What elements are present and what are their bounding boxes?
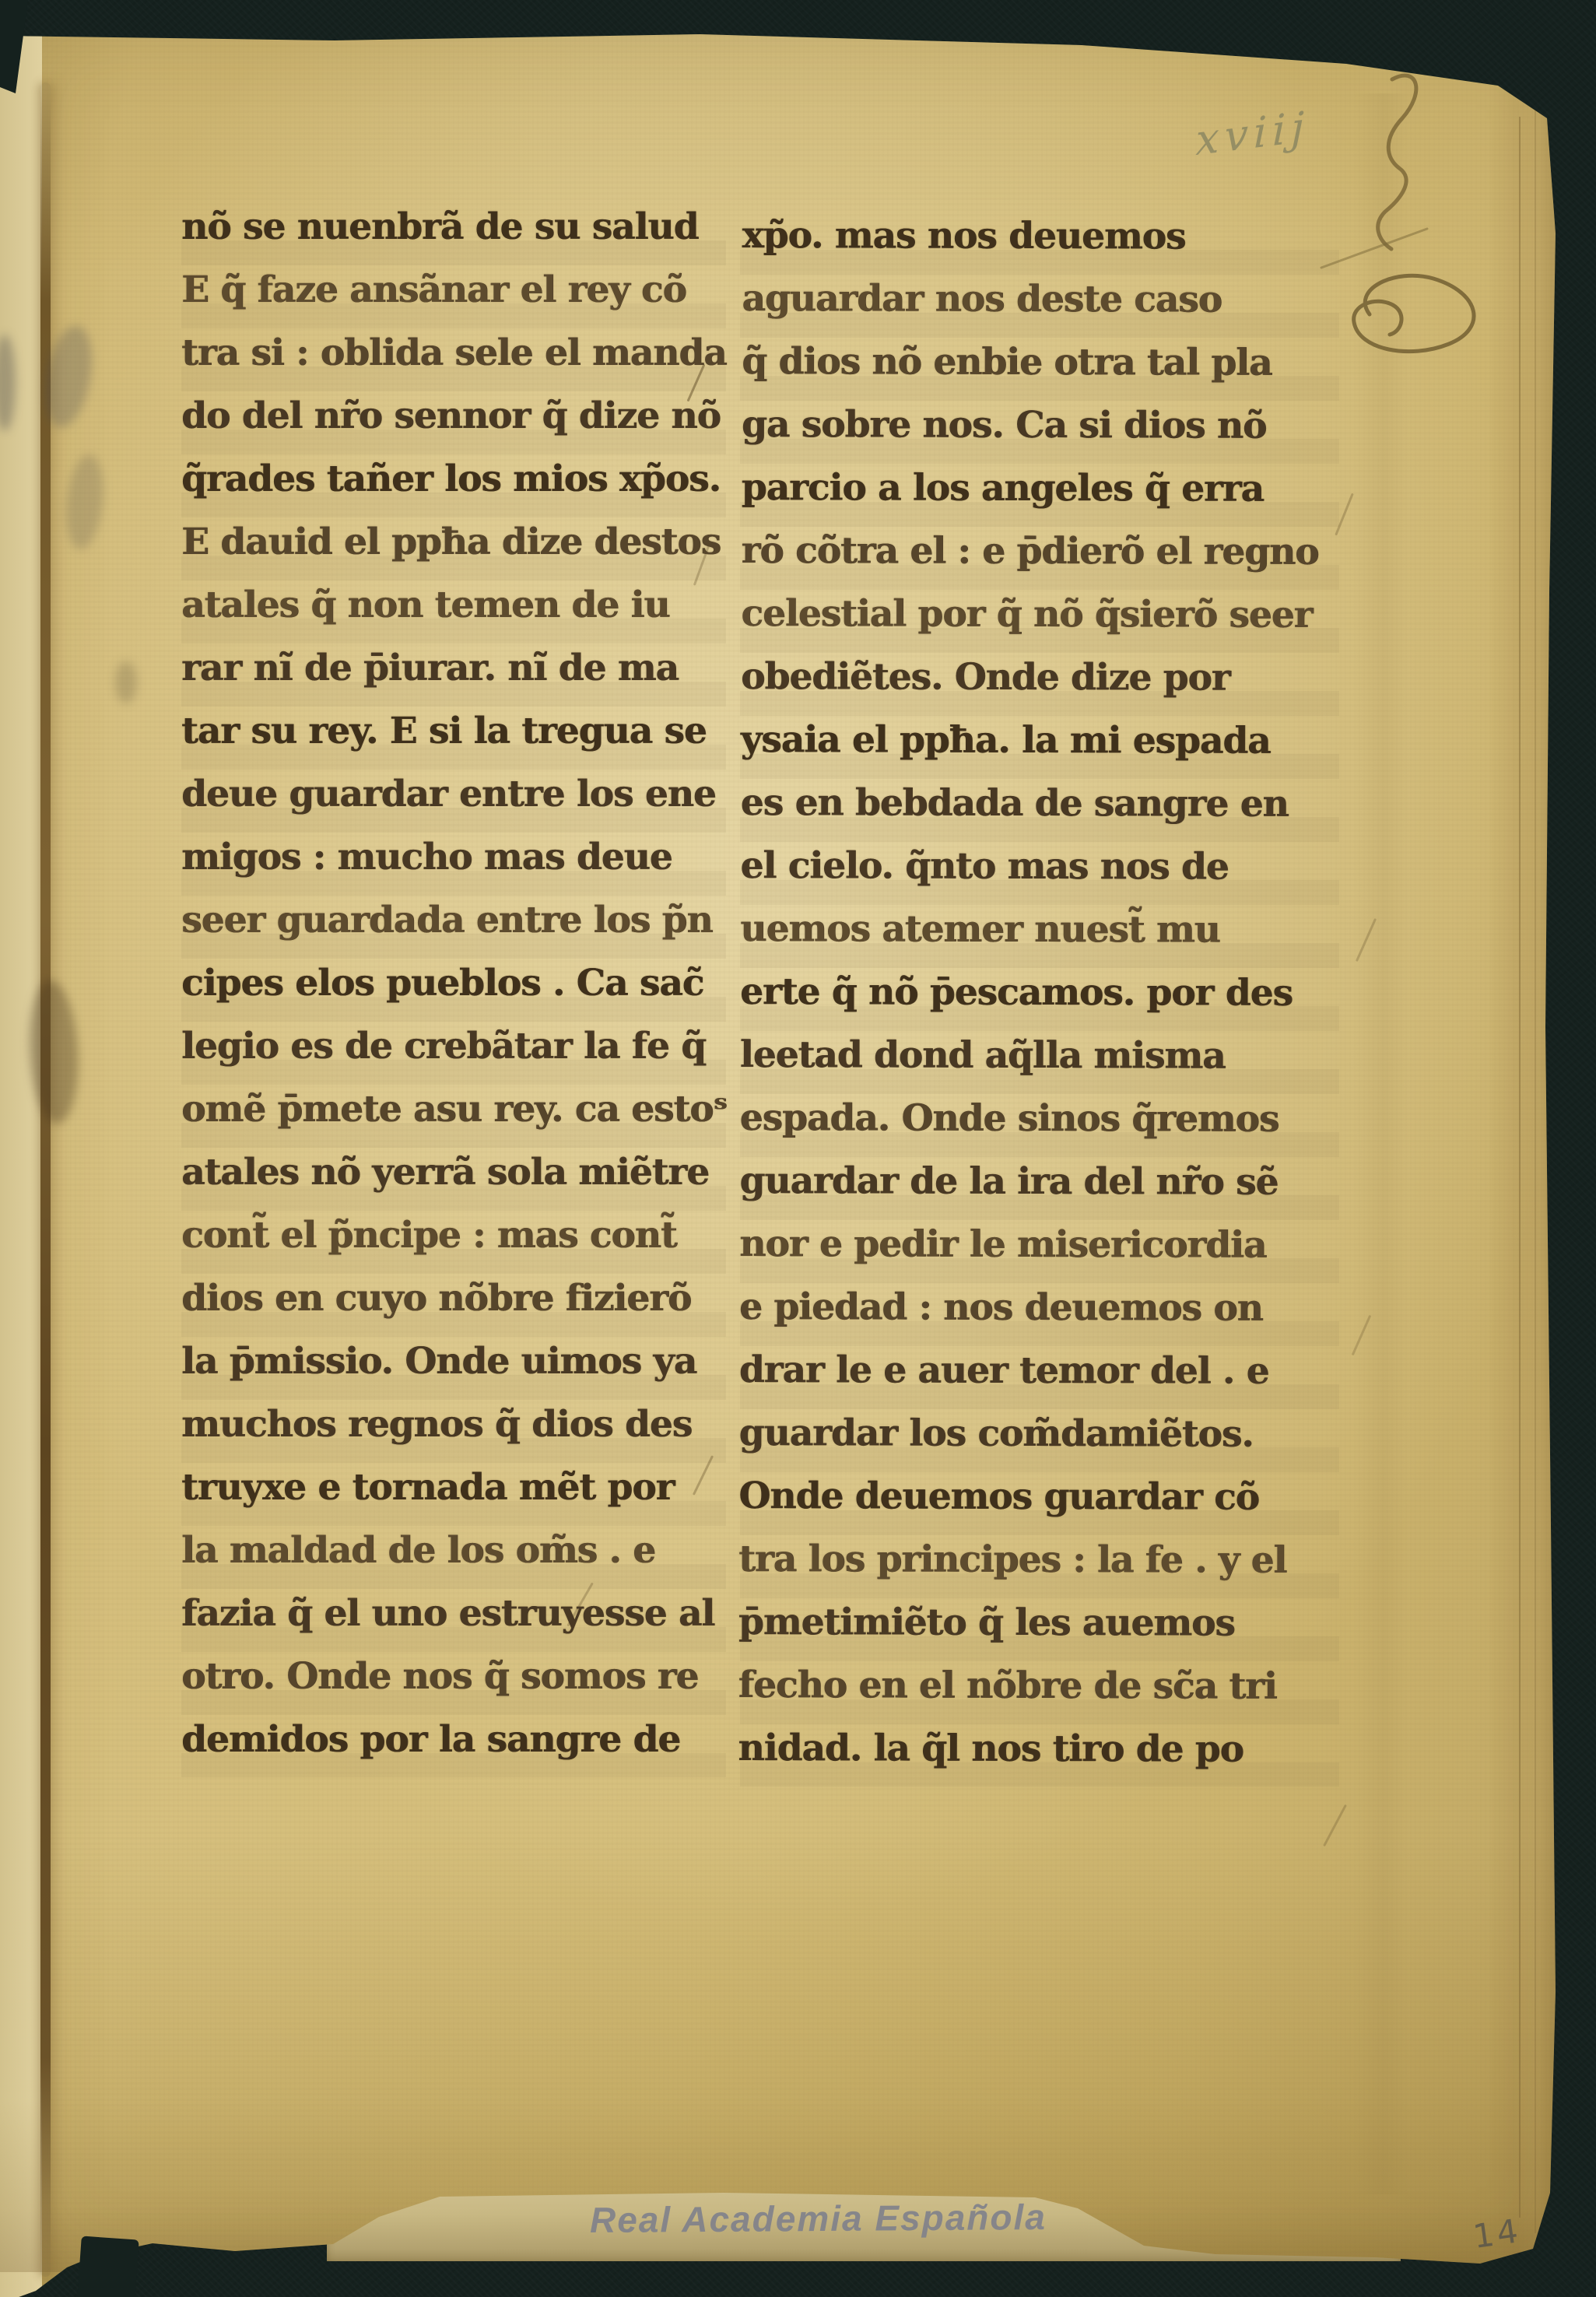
manuscript-line: dios en cuyo nõbre fizierõ: [181, 1267, 727, 1330]
manuscript-line: el cielo. q̃nto mas nos de: [740, 834, 1317, 899]
manuscript-scan: xviij nõ se nuenbrã de su saludE q̃ faze…: [0, 0, 1596, 2297]
manuscript-line: ysaia el ppħa. la mi espada: [741, 708, 1318, 773]
manuscript-line: demidos por la sangre de: [181, 1708, 727, 1771]
manuscript-line: uemos atemer nuest̃ mu: [740, 897, 1317, 962]
manuscript-page: xviij nõ se nuenbrã de su saludE q̃ faze…: [0, 0, 1596, 2297]
manuscript-line: seer guardada entre los p̃n: [181, 889, 727, 952]
page-gap-shadow: [77, 2236, 139, 2297]
manuscript-line: atales q̃ non temen de iu: [181, 573, 727, 636]
manuscript-line: tra los principes : la fe . y el: [738, 1527, 1316, 1592]
manuscript-line: es en bebdada de sangre en: [741, 771, 1318, 836]
page-stack-edge-line: [1535, 101, 1536, 2233]
manuscript-line: la maldad de los om̃s . e: [181, 1519, 727, 1582]
manuscript-line: do del nr̃o sennor q̃ dize nõ: [181, 384, 727, 447]
manuscript-line: cipes elos pueblos . Ca sac̃: [181, 952, 727, 1015]
manuscript-line: aguardar nos deste caso: [742, 267, 1319, 331]
manuscript-line: xp̃o. mas nos deuemos: [742, 204, 1319, 268]
ink-smudge: [115, 661, 137, 703]
manuscript-line: muchos regnos q̃ dios des: [181, 1393, 727, 1456]
manuscript-line: atales nõ yerrã sola miẽtre: [181, 1141, 727, 1204]
manuscript-line: rar nĩ de p̄iurar. nĩ de ma: [181, 636, 727, 700]
manuscript-line: obediẽtes. Onde dize por: [741, 645, 1318, 710]
manuscript-line: la p̄missio. Onde uimos ya: [181, 1330, 727, 1393]
manuscript-line: truyxe e tornada mẽt por: [181, 1456, 727, 1519]
watermark: Real Academia Española: [590, 2196, 1047, 2241]
manuscript-line: q̃ dios nõ enbie otra tal pla: [742, 330, 1319, 395]
manuscript-line: legio es de crebãtar la fe q̃: [181, 1015, 727, 1078]
manuscript-line: nor e pedir le misericordia: [739, 1212, 1317, 1277]
page-stack-edge-line: [1519, 117, 1521, 2218]
manuscript-line: rõ cõtra el : e p̄dierõ el regno: [741, 519, 1318, 584]
manuscript-line: guardar de la ira del nr̃o sẽ: [739, 1149, 1317, 1214]
manuscript-line: p̄metimiẽto q̃ les auemos: [738, 1590, 1316, 1655]
manuscript-line: parcio a los angeles q̃ erra: [742, 456, 1319, 521]
manuscript-line: ga sobre nos. Ca si dios nõ: [742, 393, 1319, 458]
right-edge-curl: [1488, 84, 1556, 2255]
text-column-right: xp̃o. mas nos deuemosaguardar nos deste …: [738, 204, 1319, 1781]
manuscript-line: Onde deuemos guardar cõ: [738, 1464, 1316, 1529]
manuscript-line: q̃rades tañer los mios xp̃os.: [181, 447, 727, 510]
text-column-left: nõ se nuenbrã de su saludE q̃ faze ansãn…: [181, 195, 727, 1771]
manuscript-line: celestial por q̃ nõ q̃sierõ seer: [741, 582, 1318, 647]
manuscript-line: cont̃ el p̃ncipe : mas cont̃: [181, 1204, 727, 1267]
manuscript-line: leetad dond aq̃lla misma: [740, 1023, 1317, 1088]
manuscript-line: erte q̃ nõ p̄escamos. por des: [740, 960, 1317, 1025]
manuscript-line: E dauid el ppħa dize destos: [181, 510, 727, 573]
manuscript-line: tar su rey. E si la tregua se: [181, 700, 727, 763]
manuscript-line: omẽ p̄mete asu rey. ca estoˢ: [181, 1078, 727, 1141]
manuscript-line: nidad. la q̃l nos tiro de po: [738, 1717, 1315, 1781]
manuscript-line: fazia q̃ el uno estruyesse al: [181, 1582, 727, 1645]
manuscript-line: fecho en el nõbre de sc̃a tri: [738, 1653, 1316, 1718]
manuscript-line: E q̃ faze ansãnar el rey cõ: [181, 258, 727, 321]
manuscript-line: nõ se nuenbrã de su salud: [181, 195, 727, 258]
manuscript-line: deue guardar entre los ene: [181, 763, 727, 826]
manuscript-line: migos : mucho mas deue: [181, 826, 727, 889]
manuscript-line: guardar los com̃damiẽtos.: [738, 1401, 1316, 1466]
manuscript-line: e piedad : nos deuemos on: [739, 1275, 1317, 1340]
page-number: 14: [1471, 2211, 1524, 2256]
manuscript-line: drar le e auer temor del . e: [739, 1338, 1317, 1403]
manuscript-line: espada. Onde sinos q̃remos: [739, 1086, 1317, 1151]
manuscript-line: tra si : oblida sele el manda: [181, 321, 727, 384]
manuscript-line: otro. Onde nos q̃ somos re: [181, 1645, 727, 1708]
vertical-fold-shadow: [1354, 93, 1408, 2194]
